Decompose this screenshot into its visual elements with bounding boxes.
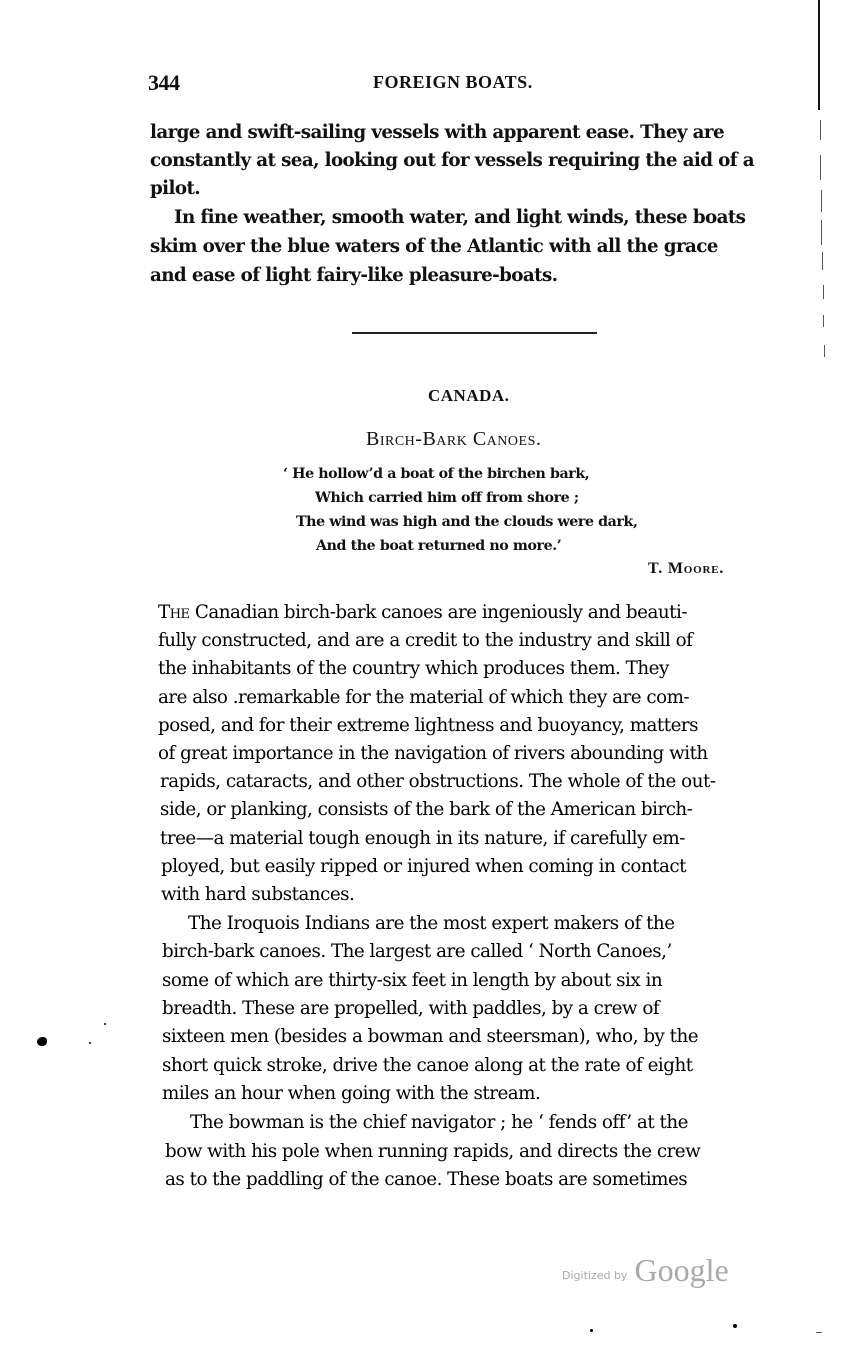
line-text: as to the paddling of the canoe. These b…: [165, 1169, 687, 1190]
epigraph-line: Which carried him off from shore ;: [315, 490, 579, 506]
digitized-watermark: Digitized by Google: [562, 1252, 729, 1289]
line-text: The Iroquois Indians are the most expert…: [188, 913, 675, 934]
text-line: pilot.: [150, 178, 200, 206]
line-text: large and swift-sailing vessels with app…: [150, 122, 724, 150]
epigraph-line: And the boat returned no more.’: [316, 538, 561, 554]
text-line: bow with his pole when running rapids, a…: [165, 1141, 700, 1169]
text-line: short quick stroke, drive the canoe alon…: [162, 1055, 693, 1083]
scan-edge-dash: [820, 155, 821, 180]
line-text: with hard substances.: [161, 884, 354, 905]
line-text: of great importance in the navigation of…: [158, 743, 708, 764]
subsection-title: Birch-Bark Canoes.: [366, 428, 541, 451]
scan-edge-dash: [822, 252, 823, 270]
section-title: CANADA.: [428, 386, 509, 406]
line-text: constantly at sea, looking out for vesse…: [150, 150, 754, 171]
epigraph-line: The wind was high and the clouds were da…: [296, 514, 638, 530]
scan-edge-dash: [821, 220, 822, 245]
scan-speck: [733, 1324, 737, 1328]
text-line: and ease of light fairy-like pleasure-bo…: [150, 265, 557, 293]
scan-edge-dash: [821, 190, 822, 212]
book-page: 344 FOREIGN BOATS. large and swift-saili…: [0, 0, 860, 1353]
page-header: 344 FOREIGN BOATS.: [148, 70, 798, 100]
line-text: miles an hour when going with the stream…: [162, 1083, 540, 1104]
epigraph-line: ‘ He hollow’d a boat of the birchen bark…: [283, 466, 589, 482]
text-line: side, or planking, consists of the bark …: [160, 799, 692, 827]
text-line: sixteen men (besides a bowman and steers…: [162, 1026, 698, 1054]
line-text: bow with his pole when running rapids, a…: [165, 1141, 700, 1162]
page-number: 344: [148, 70, 180, 96]
scan-speck: [816, 1332, 822, 1333]
epigraph-attribution: T. Moore.: [648, 560, 724, 578]
text-line: birch-bark canoes. The largest are calle…: [162, 941, 672, 969]
line-text: In fine weather, smooth water, and light…: [174, 207, 745, 228]
text-line: The Iroquois Indians are the most expert…: [188, 913, 675, 941]
line-text: ployed, but easily ripped or injured whe…: [161, 856, 686, 877]
scan-edge-dash: [823, 285, 824, 299]
line-text: The bowman is the chief navigator ; he ‘…: [190, 1112, 688, 1133]
text-line: In fine weather, smooth water, and light…: [174, 207, 745, 235]
text-line: The bowman is the chief navigator ; he ‘…: [190, 1112, 688, 1140]
text-line: miles an hour when going with the stream…: [162, 1083, 540, 1111]
text-line: fully constructed, and are a credit to t…: [158, 630, 692, 658]
running-head: FOREIGN BOATS.: [373, 72, 533, 93]
scan-speck: [89, 1042, 91, 1044]
line-text: sixteen men (besides a bowman and steers…: [162, 1026, 698, 1047]
scan-edge-dash: [823, 315, 824, 327]
scan-edge-dash: [820, 120, 821, 140]
text-line: skim over the blue waters of the Atlanti…: [150, 236, 718, 264]
scan-speck: [37, 1037, 47, 1046]
text-line: tree—a material tough enough in its natu…: [160, 828, 685, 856]
line-text: breadth. These are propelled, with paddl…: [162, 998, 659, 1019]
line-text: the inhabitants of the country which pro…: [158, 658, 669, 679]
line-text: rapids, cataracts, and other obstruction…: [160, 771, 716, 792]
line-text: some of which are thirty-six feet in len…: [162, 970, 662, 991]
text-line: rapids, cataracts, and other obstruction…: [160, 771, 716, 799]
line-text: and ease of light fairy-like pleasure-bo…: [150, 265, 557, 286]
text-line: as to the paddling of the canoe. These b…: [165, 1169, 687, 1197]
line-text: birch-bark canoes. The largest are calle…: [162, 941, 672, 962]
line-text: side, or planking, consists of the bark …: [160, 799, 692, 820]
text-line: ployed, but easily ripped or injured whe…: [161, 856, 686, 884]
line-text: posed, and for their extreme lightness a…: [158, 715, 698, 736]
scan-edge-dash: [824, 345, 825, 357]
text-line: of great importance in the navigation of…: [158, 743, 708, 771]
line-text: Canadian birch-bark canoes are ingenious…: [190, 602, 687, 623]
line-text: are also .remarkable for the material of…: [158, 687, 689, 708]
line-text: fully constructed, and are a credit to t…: [158, 630, 692, 651]
scan-speck: [590, 1329, 593, 1332]
text-line: are also .remarkable for the material of…: [158, 687, 689, 715]
text-line: breadth. These are propelled, with paddl…: [162, 998, 659, 1026]
text-line: large and swift-sailing vessels with app…: [150, 122, 790, 150]
line-text: short quick stroke, drive the canoe alon…: [162, 1055, 693, 1076]
text-line: some of which are thirty-six feet in len…: [162, 970, 662, 998]
scan-edge-line: [818, 0, 820, 110]
text-line: posed, and for their extreme lightness a…: [158, 715, 698, 743]
line-text: skim over the blue waters of the Atlanti…: [150, 236, 718, 257]
scan-speck: [104, 1023, 106, 1025]
section-divider: [352, 332, 597, 334]
line-text: tree—a material tough enough in its natu…: [160, 828, 685, 849]
text-line: The Canadian birch-bark canoes are ingen…: [158, 602, 687, 630]
text-line: the inhabitants of the country which pro…: [158, 658, 669, 686]
text-line: constantly at sea, looking out for vesse…: [150, 150, 754, 178]
lead-word: The: [158, 602, 190, 623]
line-text: pilot.: [150, 178, 200, 199]
text-line: with hard substances.: [161, 884, 354, 912]
google-logo: Google: [635, 1252, 729, 1288]
watermark-prefix: Digitized by: [562, 1269, 627, 1282]
